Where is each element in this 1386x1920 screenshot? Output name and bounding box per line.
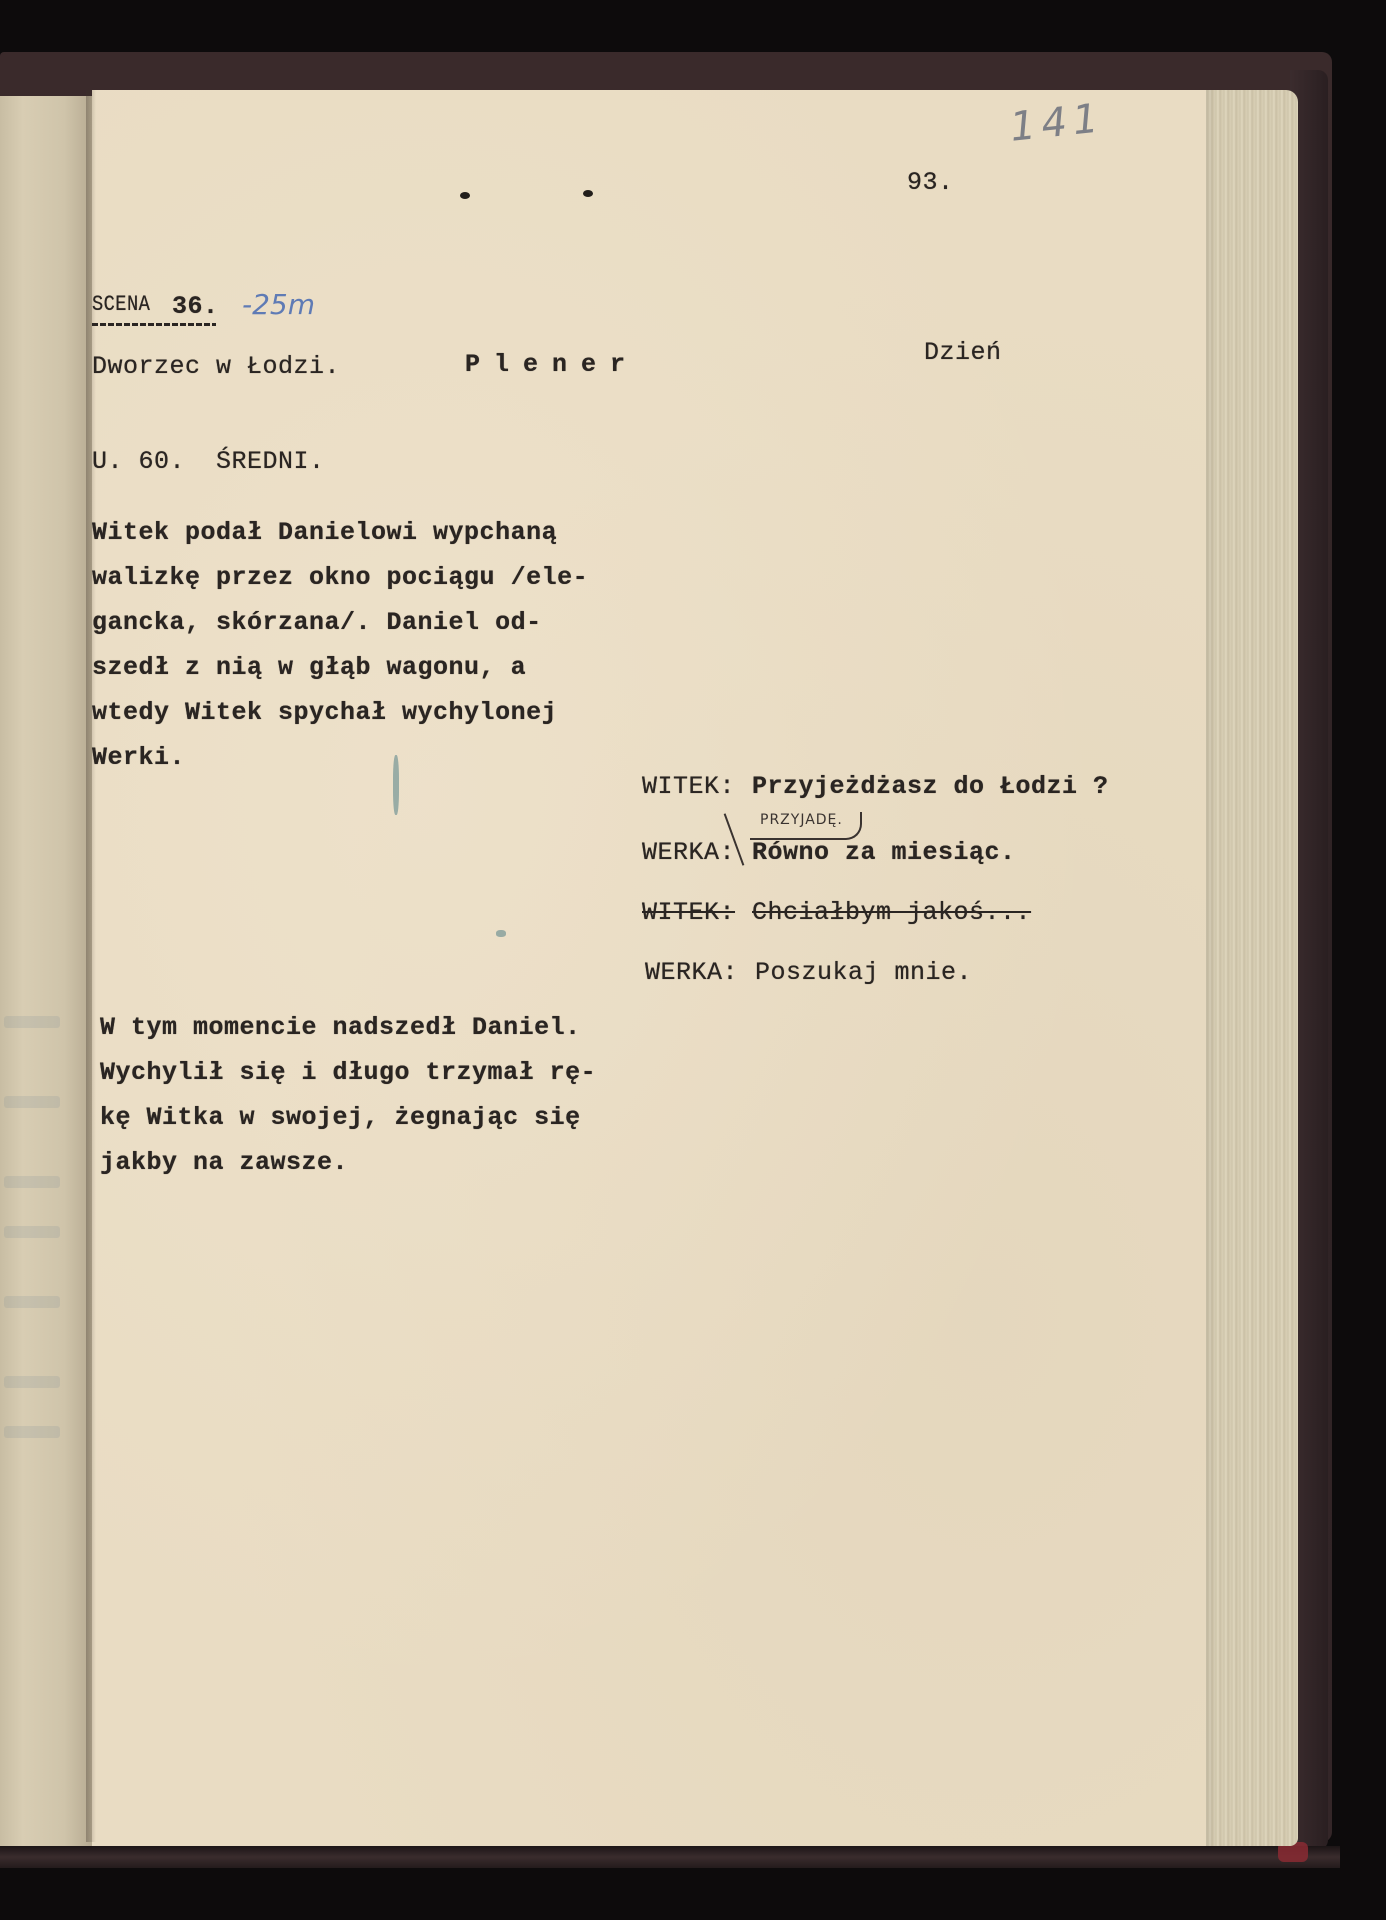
dialogue-speaker: WITEK: (642, 772, 735, 801)
bleed-through-text (4, 1096, 60, 1108)
bleed-through-text (4, 1296, 60, 1308)
dialogue-line: Przyjeżdżasz do Łodzi ? (752, 772, 1109, 801)
bleed-through-text (4, 1176, 60, 1188)
action-line: kę Witka w swojej, żegnając się (100, 1103, 581, 1132)
typewriter-mark (583, 190, 593, 197)
bleed-through-text (4, 1426, 60, 1438)
scene-number: 36. (172, 292, 219, 321)
action-line: Wychylił się i długo trzymał rę- (100, 1058, 596, 1087)
dialogue-line: Równo za miesiąc. (752, 838, 1016, 867)
shot-description: U. 60. ŚREDNI. (92, 447, 325, 476)
bleed-through-text (4, 1226, 60, 1238)
action-line: wtedy Witek spychał wychylonej (92, 698, 557, 727)
ink-stain (496, 930, 506, 937)
scene-location: Dworzec w Łodzi. (92, 352, 340, 381)
action-line: Werki. (92, 743, 185, 772)
scene-time: Dzień (924, 338, 1002, 367)
dialogue-line-struck: Chciałbym jakoś... (752, 898, 1031, 927)
action-line: szedł z nią w głąb wagonu, a (92, 653, 526, 682)
dialogue-speaker-struck: WITEK: (642, 898, 735, 927)
action-line: W tym momencie nadszedł Daniel. (100, 1013, 581, 1042)
ink-stain (393, 755, 399, 815)
action-line: jakby na zawsze. (100, 1148, 348, 1177)
bleed-through-text (4, 1016, 60, 1028)
dialogue-speaker: WERKA: (642, 838, 735, 867)
handwritten-duration: -25m (242, 288, 315, 321)
scene-setting: Plener (465, 350, 639, 379)
action-line: gancka, skórzana/. Daniel od- (92, 608, 542, 637)
dialogue-line: Poszukaj mnie. (755, 958, 972, 987)
annotation-arc (750, 812, 862, 840)
typewriter-mark (460, 192, 470, 199)
action-line: walizkę przez okno pociągu /ele- (92, 563, 588, 592)
left-page-sliver (0, 96, 92, 1846)
action-line: Witek podał Danielowi wypchaną (92, 518, 557, 547)
scene-label: SCENA (92, 292, 150, 317)
archive-page-number: 141 (1008, 95, 1107, 151)
book-cover-bottom (0, 1846, 1340, 1868)
dialogue-speaker: WERKA: (645, 958, 738, 987)
typed-page-number: 93. (907, 168, 954, 197)
page-fore-edge (1206, 90, 1298, 1846)
bleed-through-text (4, 1376, 60, 1388)
scene-underline (92, 323, 216, 326)
